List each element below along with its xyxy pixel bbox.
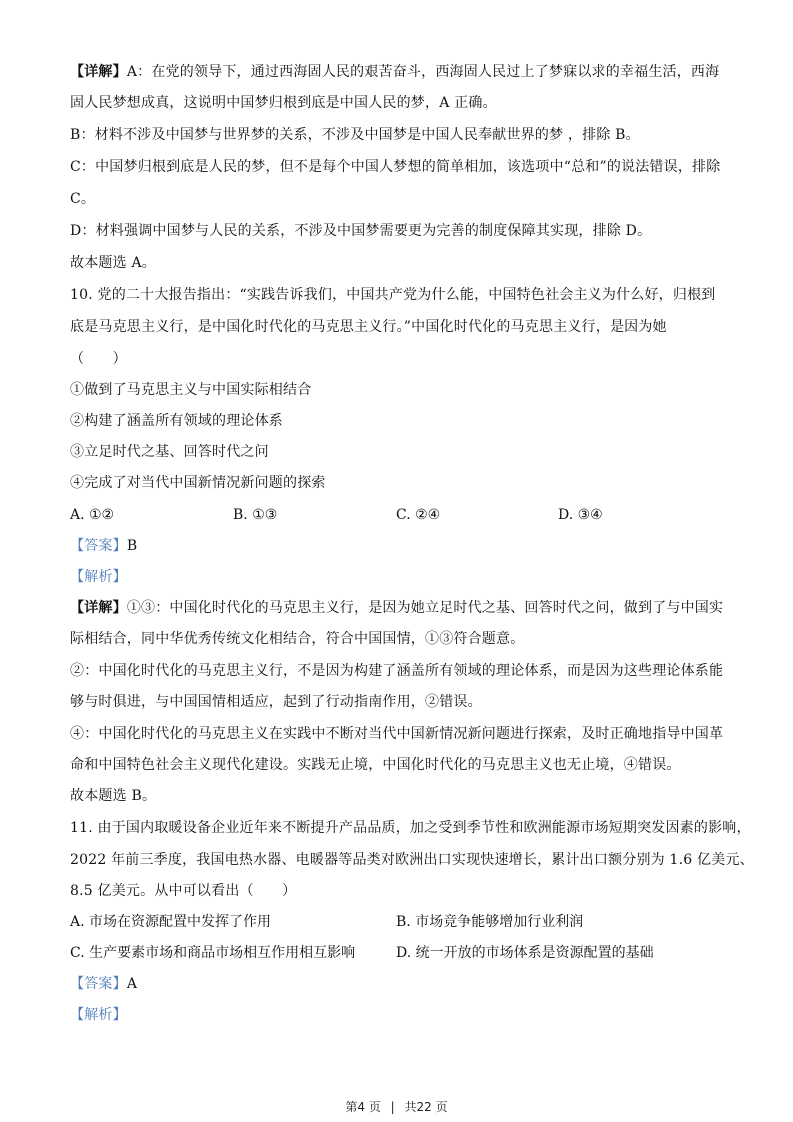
- q11-option-a: A. 市场在资源配置中发挥了作用: [70, 912, 271, 932]
- q10-statement-4: ④完成了对当代中国新情况新问题的探索: [70, 473, 326, 493]
- answer-tag: 【答案】: [70, 976, 127, 992]
- page-number: 第4 页: [345, 1100, 380, 1114]
- q10-option-d: D. ③④: [558, 505, 603, 525]
- q11-stem-line-1: 11. 由于国内取暖设备企业近年来不断提升产品品质，加之受到季节性和欧洲能源市场…: [70, 818, 751, 838]
- q10-answer: 【答案】B: [70, 536, 137, 556]
- q10-detail-line-6: 命和中国特色社会主义现代化建设。实践无止境，中国化时代化的马克思主义也无止境，④…: [70, 755, 681, 775]
- q10-statement-1: ①做到了马克思主义与中国实际相结合: [70, 380, 311, 400]
- q10-detail-line-4: 够与时俱进，与中国国情相适应，起到了行动指南作用，②错误。: [70, 692, 482, 712]
- q10-option-a: A. ①②: [70, 505, 114, 525]
- q10-statement-2: ②构建了涵盖所有领域的理论体系: [70, 411, 283, 431]
- q10-detail-text: ①③：中国化时代化的马克思主义行，是因为她立足时代之基、回答时代之问，做到了与中…: [127, 600, 723, 616]
- detail-tag: 【详解】: [70, 64, 127, 80]
- q10-conclusion: 故本题选 B。: [70, 786, 156, 806]
- q9-detail-text: A：在党的领导下，通过西海固人民的艰苦奋斗，西海固人民过上了梦寐以求的幸福生活，…: [127, 64, 720, 80]
- q10-option-b: B. ①③: [233, 505, 277, 525]
- q9-detail-line-5: C。: [70, 189, 95, 209]
- q11-analysis-tag: 【解析】: [70, 1005, 127, 1025]
- page-total: 共22 页: [405, 1100, 448, 1114]
- q11-stem-line-2: 2022 年前三季度，我国电热水器、电暖器等品类对欧洲出口实现快速增长，累计出口…: [70, 850, 754, 870]
- page-footer: 第4 页 | 共22 页: [0, 1098, 793, 1115]
- answer-value: B: [127, 538, 138, 554]
- q10-option-c: C. ②④: [396, 505, 440, 525]
- q9-detail-line-6: D：材料强调中国梦与人民的关系，不涉及中国梦需要更为完善的制度保障其实现，排除 …: [70, 221, 651, 241]
- q9-detail-line-3: B：材料不涉及中国梦与世界梦的关系，不涉及中国梦是中国人民奉献世界的梦 ，排除 …: [70, 125, 640, 145]
- detail-tag: 【详解】: [70, 600, 127, 616]
- q10-detail-line-2: 际相结合，同中华优秀传统文化相结合，符合中国国情，①③符合题意。: [70, 629, 524, 649]
- q9-detail-line-1: 【详解】A：在党的领导下，通过西海固人民的艰苦奋斗，西海固人民过上了梦寐以求的幸…: [70, 62, 719, 82]
- q10-detail-line-3: ②：中国化时代化的马克思主义行，不是因为构建了涵盖所有领域的理论体系，而是因为这…: [70, 661, 723, 681]
- footer-separator: |: [391, 1100, 395, 1114]
- q9-detail-line-4: C：中国梦归根到底是人民的梦，但不是每个中国人梦想的简单相加，该选项中“总和”的…: [70, 157, 720, 177]
- q10-detail-line-5: ④：中国化时代化的马克思主义在实践中不断对当代中国新情况新问题进行探索，及时正确…: [70, 724, 723, 744]
- q11-option-b: B. 市场竞争能够增加行业利润: [396, 912, 583, 932]
- q9-detail-line-2: 固人民梦想成真，这说明中国梦归根到底是中国人民的梦，A 正确。: [70, 93, 497, 113]
- q10-statement-3: ③立足时代之基、回答时代之问: [70, 442, 269, 462]
- q9-conclusion: 故本题选 A。: [70, 253, 156, 273]
- q10-detail-line-1: 【详解】①③：中国化时代化的马克思主义行，是因为她立足时代之基、回答时代之问，做…: [70, 598, 723, 618]
- q11-answer: 【答案】A: [70, 974, 137, 994]
- q10-analysis-tag: 【解析】: [70, 567, 127, 587]
- q10-stem-line-2: 底是马克思主义行，是中国化时代化的马克思主义行。”中国化时代化的马克思主义行，是…: [70, 317, 667, 337]
- answer-tag: 【答案】: [70, 538, 127, 554]
- q11-option-d: D. 统一开放的市场体系是资源配置的基础: [396, 943, 654, 963]
- q10-answer-blank: （ ）: [70, 349, 127, 369]
- q10-stem-line-1: 10. 党的二十大报告指出：“实践告诉我们，中国共产党为什么能，中国特色社会主义…: [70, 285, 715, 305]
- q11-stem-line-3: 8.5 亿美元。从中可以看出（ ）: [70, 881, 296, 901]
- q11-option-c: C. 生产要素市场和商品市场相互作用相互影响: [70, 943, 355, 963]
- answer-value: A: [127, 976, 137, 992]
